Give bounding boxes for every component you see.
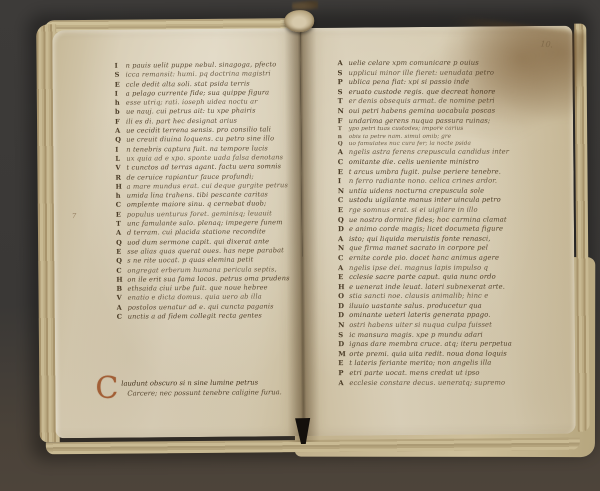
left-margin-foliation: 7: [72, 212, 77, 220]
verse-line: C ustodu uigilante manus inter uincula p…: [338, 196, 564, 206]
verse-line: I n ferro radiante nono. celica crines a…: [338, 177, 564, 187]
verse-line: D ominante ueteri lateris generata ppago…: [338, 311, 564, 321]
verse-line: O stia sancti noe. clausis animalib; hin…: [338, 292, 564, 302]
verse-initial: O: [338, 292, 349, 302]
verse-text: t arcus umbra fugit. pulse periere teneb…: [349, 167, 564, 177]
verse-text: ignas dare membra cruce. atq; iteru perp…: [349, 340, 564, 350]
verse-initial: Q: [338, 216, 349, 226]
verse-initial: B: [116, 285, 127, 294]
verse-text: ustodu uigilante manus inter uincula pet…: [349, 196, 564, 206]
verse-initial: E: [116, 210, 127, 219]
verse-initial: E: [116, 248, 127, 257]
verse-text: isto; qui liquida meruistis fonte renasc…: [349, 234, 564, 244]
verse-initial: P: [338, 369, 349, 379]
verse-initial: N: [338, 107, 349, 117]
verse-line: N untia uidens nocturna crepuscula sole: [338, 186, 564, 196]
verse-initial: S: [338, 88, 349, 98]
verse-initial: Q: [116, 238, 127, 247]
verse-initial: C: [338, 254, 349, 264]
verse-initial: D: [338, 340, 349, 350]
verse-initial: C: [338, 196, 349, 206]
verse-line: F undarima gerens nuqua passura ruinas;: [338, 116, 564, 126]
verse-initial: H: [116, 275, 127, 284]
verse-initial: P: [338, 78, 349, 88]
verse-text: ublica pena fiat: xpi si passio inde: [349, 78, 564, 88]
verse-text: e animo corde magis; licet documeta figu…: [349, 225, 564, 235]
binding-gutter: [284, 24, 320, 442]
verse-text: stia sancti noe. clausis animalib; hinc …: [349, 292, 564, 302]
verse-initial: A: [338, 264, 349, 274]
verse-line: E t lateris feriante merito; non angelis…: [338, 359, 564, 369]
verse-line: A uelie celare xpm comunicare p ouius: [338, 58, 564, 68]
verse-initial: A: [338, 148, 349, 158]
verse-line: A ngelis ipse dei. magnus lapis impulso …: [338, 263, 564, 273]
colophon-line: Carcere; nec possunt tenebre caligine fu…: [121, 388, 282, 399]
verse-initial: V: [115, 164, 126, 173]
verse-text: etri parte uocat. mens credat ut ipso: [349, 369, 564, 379]
verse-initial: S: [115, 71, 126, 80]
verse-initial: E: [115, 80, 126, 89]
verse-initial: A: [338, 59, 349, 69]
left-page: 7 I n pauis uelit puppe nebul. sinagoga,…: [52, 28, 304, 438]
verse-line: E rge somnus erat. si ei uigilare in ill…: [338, 205, 564, 215]
verse-initial: I: [115, 145, 126, 154]
verse-text: untia uidens nocturna crepuscula sole: [349, 186, 564, 196]
verse-line: D e animo corde magis; licet documeta fi…: [338, 225, 564, 235]
verse-text: cclesie sacre parte caput. quia nunc ord…: [349, 273, 564, 283]
colophon-lines: laudunt obscuro si n sine lumine petrus …: [121, 374, 282, 401]
verse-initial: A: [116, 229, 127, 238]
verse-initial: S: [338, 331, 349, 341]
verse-initial: C: [117, 313, 128, 322]
verse-line: S ic mansura magis. xpe p mundu adari: [338, 330, 564, 340]
verse-initial: D: [338, 312, 349, 322]
verse-line: D iluuio uastante salus. producetur qua: [338, 301, 564, 311]
verse-line: N que firma manet sacrato in corpore pel: [338, 244, 564, 254]
verse-line: C ernite corde pio. docet hanc animus ag…: [338, 253, 564, 263]
verse-initial: C: [116, 266, 127, 275]
verse-text: iluuio uastante salus. producetur qua: [349, 301, 564, 311]
verse-initial: h: [115, 99, 126, 108]
verse-initial: N: [338, 187, 349, 197]
verse-text: undarima gerens nuqua passura ruinas;: [349, 116, 564, 126]
verse-text: unctis a ad fidem collegit recta gentes: [128, 311, 303, 322]
rubric-colophon: C laudunt obscuro si n sine lumine petru…: [95, 374, 282, 402]
verse-initial: T: [338, 126, 349, 133]
verse-initial: b: [115, 108, 126, 117]
verse-line: S upplicui minor ille fieret: uenudata p…: [338, 68, 564, 78]
open-book: 7 I n pauis uelit puppe nebul. sinagoga,…: [34, 14, 586, 449]
verse-line: P etri parte uocat. mens credat ut ipso: [338, 369, 564, 379]
verse-initial: H: [338, 283, 349, 293]
verse-text: upplicui minor ille fieret: uenudata pet…: [349, 68, 564, 78]
verse-text: ominante ueteri lateris generata ppago.: [349, 311, 564, 321]
verse-initial: n: [338, 134, 349, 141]
verse-initial: C: [338, 158, 349, 168]
verse-text: orte premi. quia uita redit. noua dona l…: [349, 349, 564, 359]
decorated-initial: C: [95, 376, 118, 402]
verse-initial: D: [338, 302, 349, 312]
right-text-block: A uelie celare xpm comunicare p ouius S …: [338, 58, 565, 388]
verse-line: E cclesie sacre parte caput. quia nunc o…: [338, 273, 564, 283]
verse-text: e uenerat inde leuat. lateri subnexerat …: [349, 282, 564, 292]
verse-line: A ecclesie constare decus. ueneratq; sup…: [338, 378, 564, 388]
verse-line: A ngelis astra ferens crepuscula candidu…: [338, 148, 564, 158]
verse-text: er denis obsequis armat. de nomine petri: [349, 97, 564, 107]
verse-text: uelie celare xpm comunicare p ouius: [349, 58, 564, 68]
verse-initial: A: [338, 235, 349, 245]
verse-initial: Q: [115, 136, 126, 145]
verse-line: D ignas dare membra cruce. atq; iteru pe…: [338, 340, 564, 350]
verse-line: N ostri habens uiter si nuqua culpa fuis…: [338, 321, 564, 331]
verse-text: ngelis astra ferens crepuscula candidus …: [349, 148, 564, 158]
verse-initial: R: [115, 173, 126, 182]
verse-initial: D: [338, 225, 349, 235]
verse-text: que firma manet sacrato in corpore pel: [349, 244, 564, 254]
verse-line: C unctis a ad fidem collegit recta gente…: [117, 311, 303, 322]
manuscript-photo: 7 I n pauis uelit puppe nebul. sinagoga,…: [0, 0, 600, 491]
verse-line: N oui petri habens gemina uocabula posca…: [338, 106, 564, 116]
verse-initial: A: [117, 303, 128, 312]
verse-text: ic mansura magis. xpe p mundu adari: [349, 330, 564, 340]
verse-initial: A: [338, 379, 349, 389]
verse-text: ostri habens uiter si nuqua culpa fuisse…: [349, 321, 564, 331]
verse-line: M orte premi. quia uita redit. noua dona…: [338, 349, 564, 359]
verse-initial: H: [116, 182, 127, 191]
verse-initial: h: [116, 192, 127, 201]
left-text-block: I n pauis uelit puppe nebul. sinagoga, p…: [115, 60, 303, 322]
verse-line: C omitante die. celis ueniente ministro: [338, 157, 564, 167]
verse-line: S eruato custode regis. que decreat hono…: [338, 87, 564, 97]
verse-text: t lateris feriante merito; non angelis i…: [349, 359, 564, 369]
verse-text: n ferro radiante nono. celica crines ard…: [349, 177, 564, 187]
verse-text: oui petri habens gemina uocabula poscas: [349, 106, 564, 116]
verse-initial: F: [338, 117, 349, 127]
verse-initial: I: [338, 177, 349, 187]
verse-line: Q ue nostro dormire fides; hoc carmina c…: [338, 215, 564, 225]
verse-initial: N: [338, 321, 349, 331]
verse-initial: V: [117, 294, 128, 303]
verse-initial: I: [115, 62, 126, 71]
verse-initial: L: [115, 155, 126, 164]
verse-initial: I: [115, 89, 126, 98]
verse-line: A isto; qui liquida meruistis fonte rena…: [338, 234, 564, 244]
verse-initial: A: [115, 127, 126, 136]
verse-line: E t arcus umbra fugit. pulse periere ten…: [338, 167, 564, 177]
verse-initial: C: [116, 201, 127, 210]
verse-initial: Q: [338, 141, 349, 148]
verse-text: rge somnus erat. si ei uigilare in illo: [349, 205, 564, 215]
verse-initial: E: [338, 273, 349, 283]
verse-line: T er denis obsequis armat. de nomine pet…: [338, 97, 564, 107]
folio-number: 10.: [540, 39, 554, 49]
right-page: 10. A uelie celare xpm comunicare p ouiu…: [300, 26, 576, 436]
verse-initial: F: [115, 117, 126, 126]
verse-initial: Q: [116, 257, 127, 266]
verse-text: ngelis ipse dei. magnus lapis impulso q: [349, 263, 564, 273]
verse-text: ue nostro dormire fides; hoc carmina cla…: [349, 215, 564, 225]
verse-text: omitante die. celis ueniente ministro: [349, 157, 564, 167]
verse-text: eruato custode regis. que decreat honore: [349, 87, 564, 97]
verse-initial: S: [338, 69, 349, 79]
verse-initial: T: [338, 97, 349, 107]
verse-text: ernite corde pio. docet hanc animus ager…: [349, 253, 564, 263]
verse-initial: T: [116, 220, 127, 229]
verse-line: P ublica pena fiat: xpi si passio inde: [338, 78, 564, 88]
verse-initial: N: [338, 244, 349, 254]
verse-initial: E: [338, 168, 349, 178]
verse-text: ecclesie constare decus. ueneratq; supre…: [349, 378, 564, 388]
verse-line: H e uenerat inde leuat. lateri subnexera…: [338, 282, 564, 292]
verse-initial: M: [338, 350, 349, 360]
verse-initial: E: [338, 206, 349, 216]
headband-knot: [284, 10, 314, 32]
verse-initial: E: [338, 359, 349, 369]
